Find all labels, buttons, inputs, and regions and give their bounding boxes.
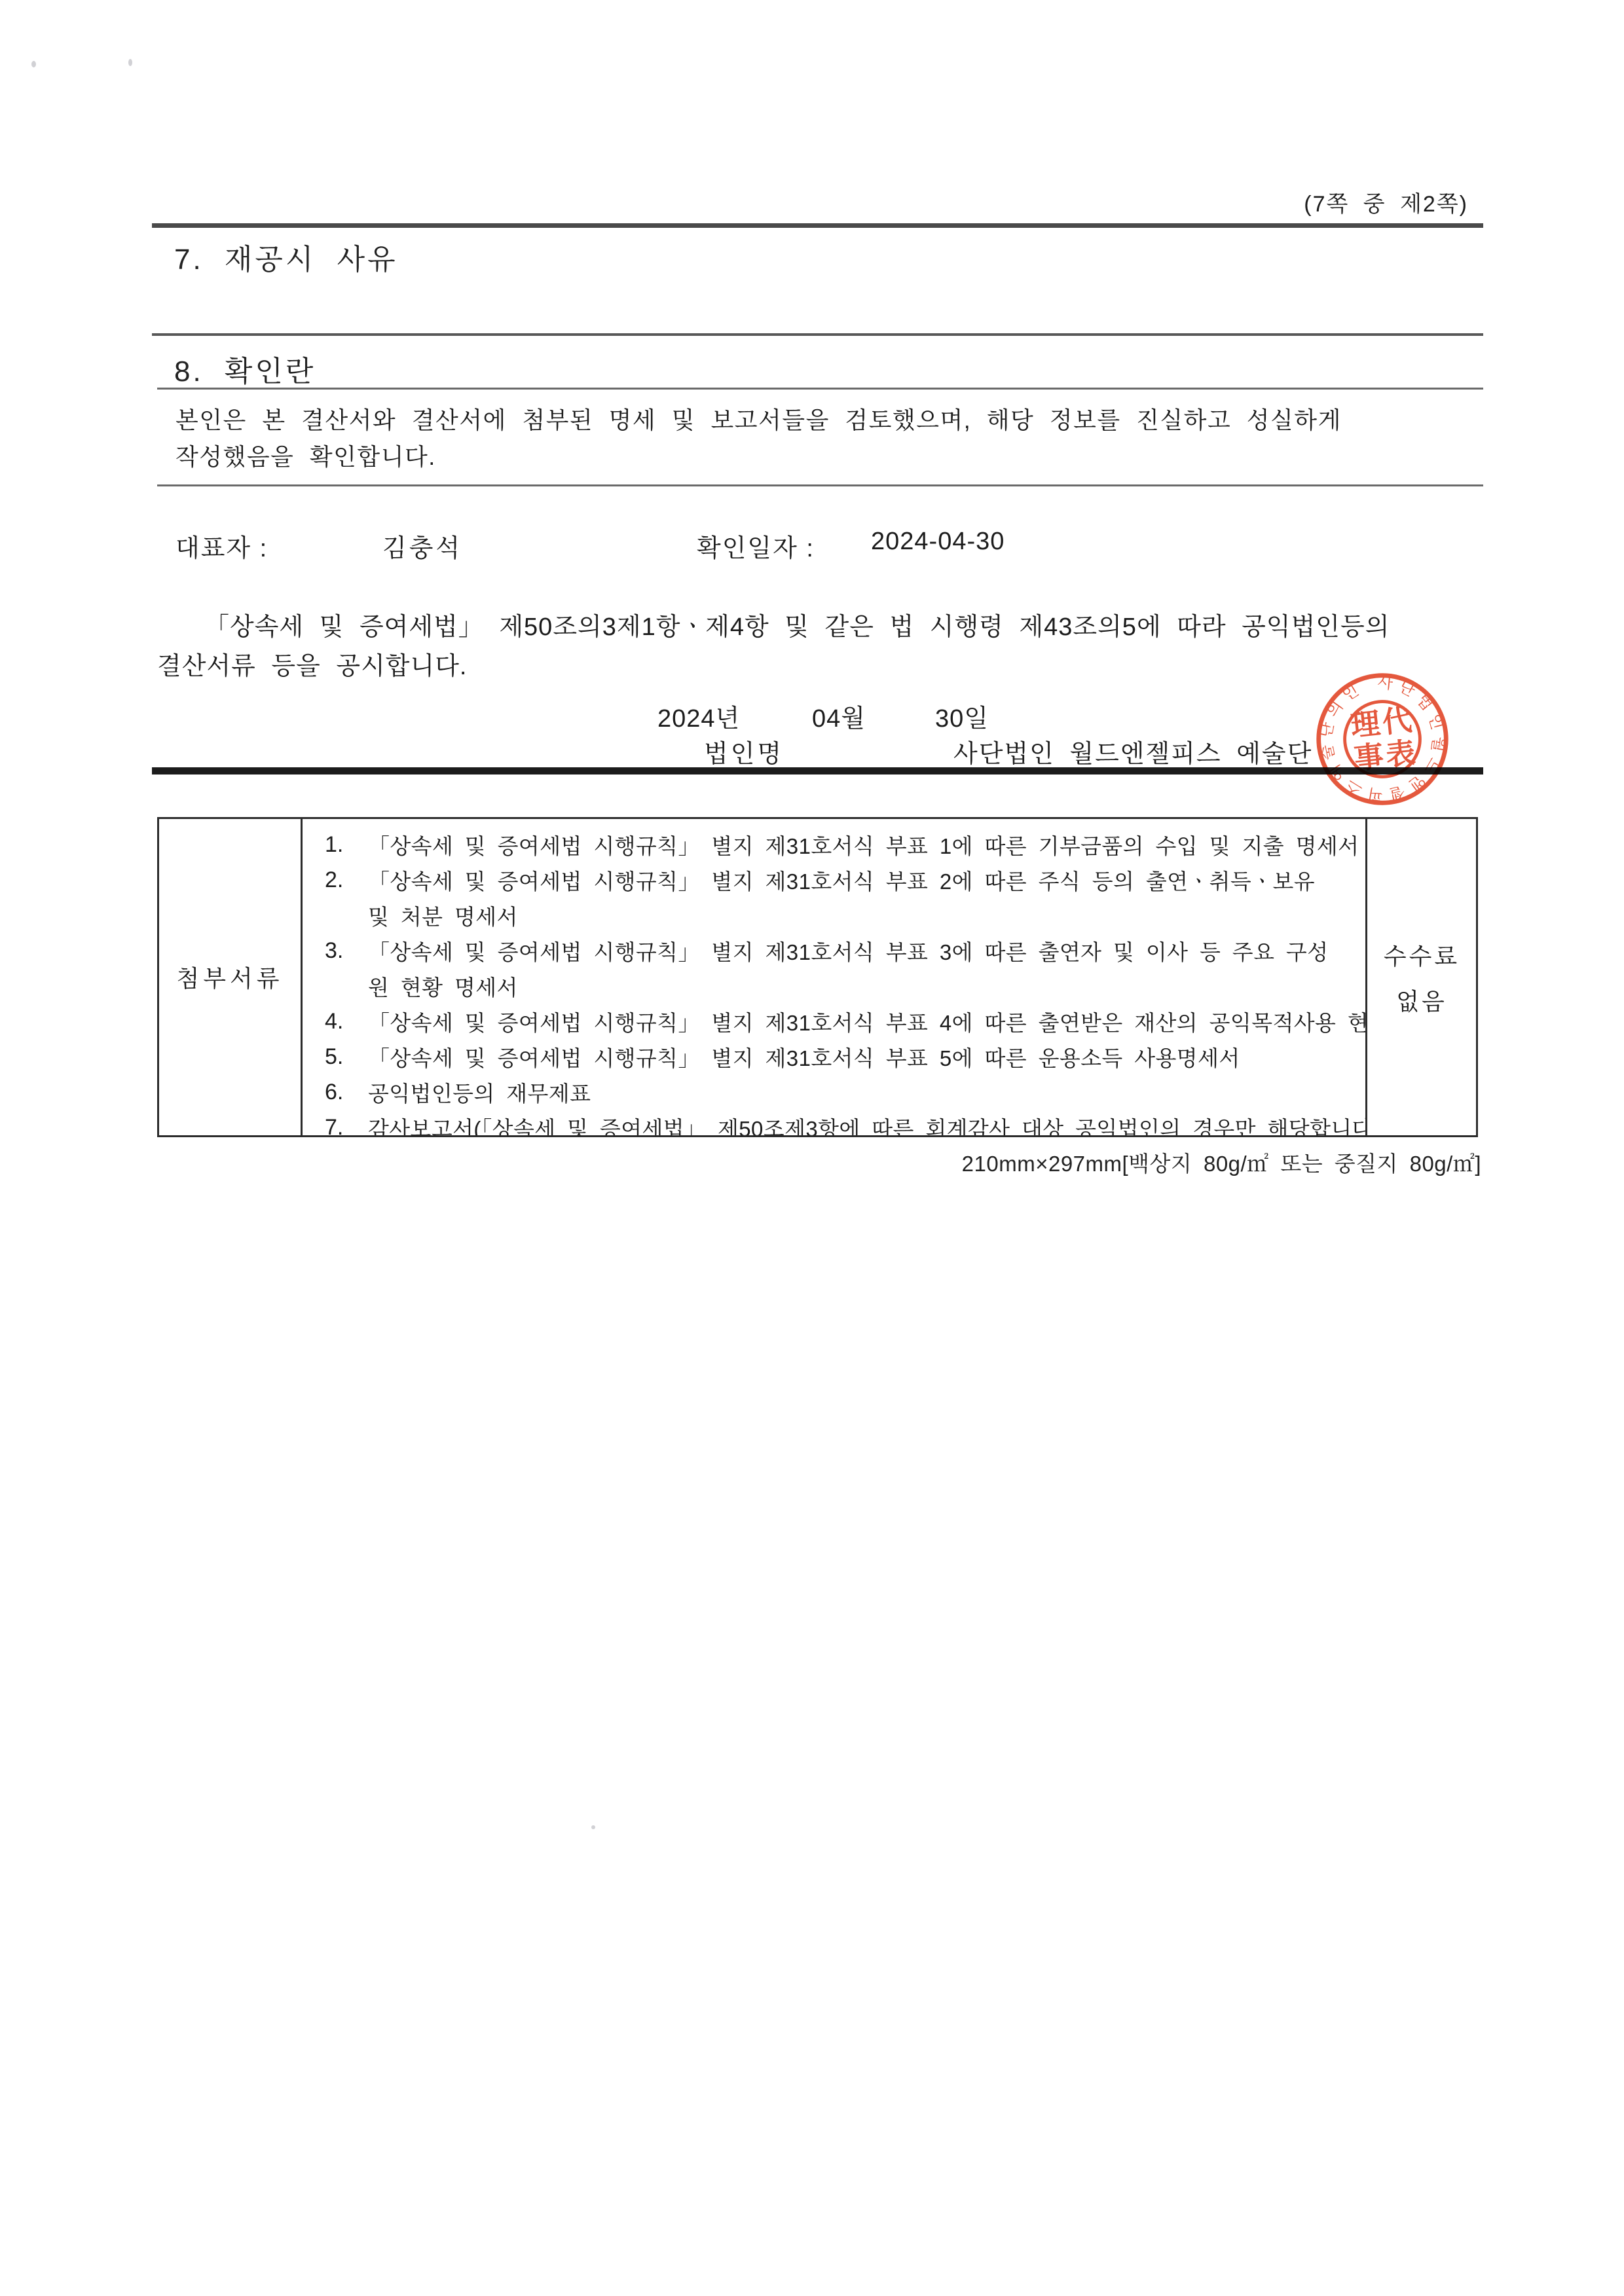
document-page: (7쪽 중 제2쪽) 7. 재공시 사유 8. 확인란 본인은 본 결산서와 결… — [0, 0, 1624, 2296]
attachments-table: 첨부서류 1. 「상속세 및 증여세법 시행규칙」 별지 제31호서식 부표 1… — [157, 817, 1478, 1137]
attachment-item-3-continuation: 원 현황 명세서 — [325, 968, 1359, 1004]
attachment-item-5-text: 「상속세 및 증여세법 시행규칙」 별지 제31호서식 부표 5에 따른 운용소… — [368, 1042, 1240, 1072]
attachment-item-4-number: 4. — [325, 1009, 368, 1034]
paper-spec-note: 210mm×297mm[백상지 80g/㎡ 또는 중질지 80g/㎡] — [962, 1147, 1481, 1178]
declaration-date-day: 30일 — [935, 698, 989, 734]
corporate-seal-stamp-icon: 사단법인월드엔젤피스예술단의인 理 代 事 表 — [1305, 662, 1459, 816]
corporation-name-label: 법인명 — [704, 733, 784, 769]
seal-ring-text: 사단법인월드엔젤피스예술단의인 — [1310, 667, 1454, 811]
attachments-items-cell: 1. 「상속세 및 증여세법 시행규칙」 별지 제31호서식 부표 1에 따른 … — [303, 819, 1365, 1135]
confirm-date-value: 2024-04-30 — [871, 528, 1005, 556]
attachment-item-1-text: 「상속세 및 증여세법 시행규칙」 별지 제31호서식 부표 1에 따른 기부금… — [368, 829, 1359, 860]
declaration-date-year: 2024년 — [657, 698, 740, 734]
confirmation-statement-line2: 작성했음을 확인합니다. — [175, 439, 1488, 475]
section7-top-rule — [152, 223, 1483, 228]
seal-char-top-left: 理 — [1349, 707, 1382, 742]
confirm-date-label: 확인일자 : — [697, 528, 815, 564]
representative-name: 김충석 — [382, 528, 462, 564]
attachment-item-3-text-continued: 원 현황 명세서 — [368, 971, 518, 1002]
confirmation-statement-line1: 본인은 본 결산서와 결산서에 첨부된 명세 및 보고서들을 검토했으며, 해당… — [175, 402, 1488, 439]
attachment-item-2-number: 2. — [325, 867, 368, 893]
attachment-item-4: 4. 「상속세 및 증여세법 시행규칙」 별지 제31호서식 부표 4에 따른 … — [325, 1004, 1359, 1039]
attachment-item-6-number: 6. — [325, 1080, 368, 1105]
attachment-item-5-number: 5. — [325, 1044, 368, 1070]
section7-bottom-rule — [152, 333, 1483, 336]
statement-top-rule — [157, 388, 1483, 390]
scan-artifact — [31, 61, 36, 67]
section8-title: 8. 확인란 — [174, 348, 316, 390]
attachment-item-7: 7. 감사보고서(「상속세 및 증여세법」 제50조제3항에 따른 회계감사 대… — [325, 1110, 1359, 1135]
section7-title: 7. 재공시 사유 — [174, 236, 398, 278]
attachment-item-3: 3. 「상속세 및 증여세법 시행규칙」 별지 제31호서식 부표 3에 따른 … — [325, 933, 1359, 968]
disclosure-declaration-line1: 「상속세 및 증여세법」 제50조의3제1항ㆍ제4항 및 같은 법 시행령 제4… — [157, 608, 1486, 647]
attachment-item-6-text: 공익법인등의 재무제표 — [368, 1077, 591, 1108]
attachment-item-6: 6. 공익법인등의 재무제표 — [325, 1074, 1359, 1110]
disclosure-declaration: 「상속세 및 증여세법」 제50조의3제1항ㆍ제4항 및 같은 법 시행령 제4… — [157, 608, 1486, 686]
attachment-item-2-continuation: 및 처분 명세서 — [325, 898, 1359, 933]
scan-artifact — [591, 1825, 595, 1829]
fee-cell: 수수료 없음 — [1365, 819, 1476, 1135]
statement-bottom-rule — [157, 484, 1483, 486]
representative-label: 대표자 : — [175, 528, 268, 564]
scan-artifact — [128, 59, 132, 66]
attachment-item-7-text: 감사보고서(「상속세 및 증여세법」 제50조제3항에 따른 회계감사 대상 공… — [368, 1112, 1365, 1136]
attachment-item-2-text-continued: 및 처분 명세서 — [368, 900, 518, 931]
disclosure-declaration-line2: 결산서류 등을 공시합니다. — [157, 647, 1486, 686]
corporation-name-value: 사단법인 월드엔젤피스 예술단 — [953, 733, 1312, 769]
signer-row: 대표자 : 김충석 확인일자 : 2024-04-30 — [0, 528, 1624, 559]
attachment-item-3-text: 「상속세 및 증여세법 시행규칙」 별지 제31호서식 부표 3에 따른 출연자… — [368, 936, 1328, 966]
attachment-item-1: 1. 「상속세 및 증여세법 시행규칙」 별지 제31호서식 부표 1에 따른 … — [325, 827, 1359, 862]
attachment-item-2: 2. 「상속세 및 증여세법 시행규칙」 별지 제31호서식 부표 2에 따른 … — [325, 862, 1359, 898]
confirmation-statement: 본인은 본 결산서와 결산서에 첨부된 명세 및 보고서들을 검토했으며, 해당… — [175, 402, 1488, 475]
attachment-item-4-text: 「상속세 및 증여세법 시행규칙」 별지 제31호서식 부표 4에 따른 출연받… — [368, 1006, 1365, 1037]
attachment-item-3-number: 3. — [325, 938, 368, 964]
seal-char-top-right: 代 — [1381, 704, 1414, 739]
fee-line2: 없음 — [1396, 983, 1447, 1017]
attachment-item-1-number: 1. — [325, 832, 368, 858]
declaration-date-month: 04월 — [812, 698, 866, 734]
attachment-item-7-number: 7. — [325, 1115, 368, 1136]
fee-line1: 수수료 — [1384, 938, 1460, 972]
attachments-label-cell: 첨부서류 — [159, 819, 303, 1135]
seal-char-bottom-right: 表 — [1384, 737, 1417, 772]
seal-char-bottom-left: 事 — [1353, 740, 1386, 775]
attachment-item-5: 5. 「상속세 및 증여세법 시행규칙」 별지 제31호서식 부표 5에 따른 … — [325, 1039, 1359, 1074]
attachment-item-2-text: 「상속세 및 증여세법 시행규칙」 별지 제31호서식 부표 2에 따른 주식 … — [368, 865, 1315, 896]
page-number-indicator: (7쪽 중 제2쪽) — [1304, 186, 1468, 218]
declaration-bottom-thick-rule — [152, 767, 1483, 774]
